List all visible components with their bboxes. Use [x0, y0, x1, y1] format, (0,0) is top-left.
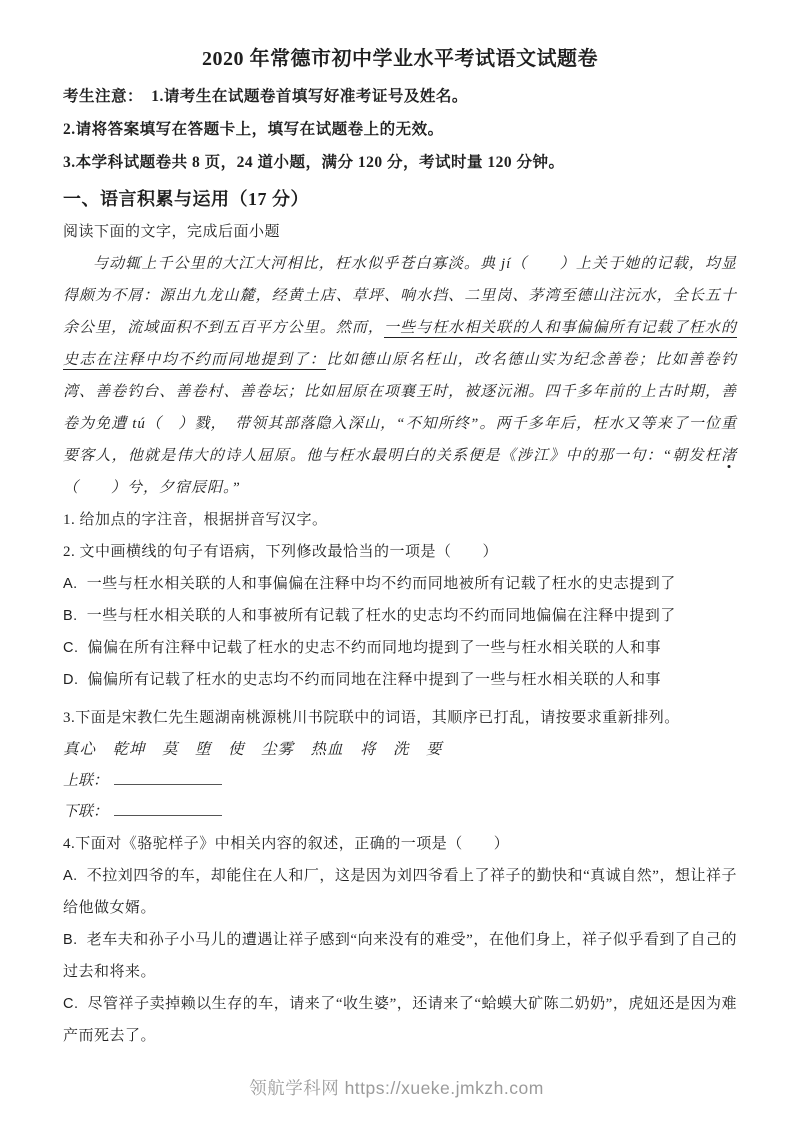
option-text: 偏偏所有记载了枉水的史志均不约而同地在注释中提到了一些与枉水相关联的人和事 — [88, 672, 662, 688]
question-4-option-a: A.不拉刘四爷的车，却能住在人和厂，这是因为刘四爷看上了祥子的勤快和“真诚自然”… — [63, 860, 737, 924]
question-4-option-b: B.老车夫和孙子小马儿的遭遇让祥子感到“向来没有的难受”，在他们身上，祥子似乎看… — [63, 924, 737, 988]
option-label: A. — [63, 576, 78, 592]
question-2-option-c: C.偏偏在所有注释中记载了枉水的史志不约而同地均提到了一些与枉水相关联的人和事 — [63, 632, 737, 664]
question-4-option-c: C.尽管祥子卖掉赖以生存的车，请来了“收生婆”，还请来了“蛤蟆大矿陈二奶奶”，虎… — [63, 988, 737, 1052]
word-bank: 真心 乾坤 莫 堕 使 尘雾 热血 将 洗 要 — [63, 734, 737, 766]
passage-intro: 阅读下面的文字，完成后面小题 — [63, 216, 737, 248]
option-label: B. — [63, 608, 78, 624]
option-label: C. — [63, 996, 79, 1012]
reading-passage: 与动辄上千公里的大江大河相比，枉水似乎苍白寡淡。典 jí（ ）上关于她的记载，均… — [63, 248, 737, 504]
couplet-lower-row: 下联： — [63, 797, 737, 828]
dotted-character: 渚 — [721, 448, 737, 464]
notice-line-1: 考生注意： 1.请考生在试题卷首填写好准考证号及姓名。 — [63, 80, 737, 113]
option-text: 一些与枉水相关联的人和事被所有记载了枉水的史志均不约而同地偏偏在注释中提到了 — [87, 608, 676, 624]
couplet-upper-row: 上联： — [63, 766, 737, 797]
question-2-lead: 2. 文中画横线的句子有语病，下列修改最恰当的一项是（ ） — [63, 536, 737, 568]
passage-text-3: （ ）兮，夕宿辰阳。” — [63, 480, 241, 496]
option-label: D. — [63, 672, 79, 688]
option-text: 不拉刘四爷的车，却能住在人和厂，这是因为刘四爷看上了祥子的勤快和“真诚自然”，想… — [63, 868, 737, 916]
option-text: 老车夫和孙子小马儿的遭遇让祥子感到“向来没有的难受”，在他们身上，祥子似乎看到了… — [63, 932, 737, 980]
option-text: 一些与枉水相关联的人和事偏偏在注释中均不约而同地被所有记载了枉水的史志提到了 — [87, 576, 676, 592]
answer-blank-lower — [114, 802, 222, 816]
question-2-option-a: A.一些与枉水相关联的人和事偏偏在注释中均不约而同地被所有记载了枉水的史志提到了 — [63, 568, 737, 600]
option-label: C. — [63, 640, 79, 656]
notice-line-2: 2.请将答案填写在答题卡上，填写在试题卷上的无效。 — [63, 113, 737, 146]
question-2-option-d: D.偏偏所有记载了枉水的史志均不约而同地在注释中提到了一些与枉水相关联的人和事 — [63, 664, 737, 696]
footer-watermark: 领航学科网 https://xueke.jmkzh.com — [0, 1075, 793, 1100]
question-1: 1. 给加点的字注音，根据拼音写汉字。 — [63, 504, 737, 536]
notice-line-3: 3.本学科试题卷共 8 页，24 道小题，满分 120 分，考试时量 120 分… — [63, 146, 737, 179]
option-label: B. — [63, 932, 78, 948]
couplet-lower-label: 下联： — [63, 804, 108, 820]
couplet-upper-label: 上联： — [63, 773, 108, 789]
answer-blank-upper — [114, 771, 222, 785]
question-3-lead: 3.下面是宋教仁先生题湖南桃源桃川书院联中的词语，其顺序已打乱，请按要求重新排列… — [63, 702, 737, 734]
question-2-option-b: B.一些与枉水相关联的人和事被所有记载了枉水的史志均不约而同地偏偏在注释中提到了 — [63, 600, 737, 632]
question-4-lead: 4.下面对《骆驼样子》中相关内容的叙述，正确的一项是（ ） — [63, 828, 737, 860]
option-text: 偏偏在所有注释中记载了枉水的史志不约而同地均提到了一些与枉水相关联的人和事 — [88, 640, 662, 656]
exam-page: 2020 年常德市初中学业水平考试语文试题卷 考生注意： 1.请考生在试题卷首填… — [0, 44, 793, 1052]
option-text: 尽管祥子卖掉赖以生存的车，请来了“收生婆”，还请来了“蛤蟆大矿陈二奶奶”，虎妞还… — [63, 996, 737, 1044]
page-title: 2020 年常德市初中学业水平考试语文试题卷 — [63, 44, 737, 74]
section-one-heading: 一、语言积累与运用（17 分） — [63, 182, 737, 216]
option-label: A. — [63, 868, 78, 884]
